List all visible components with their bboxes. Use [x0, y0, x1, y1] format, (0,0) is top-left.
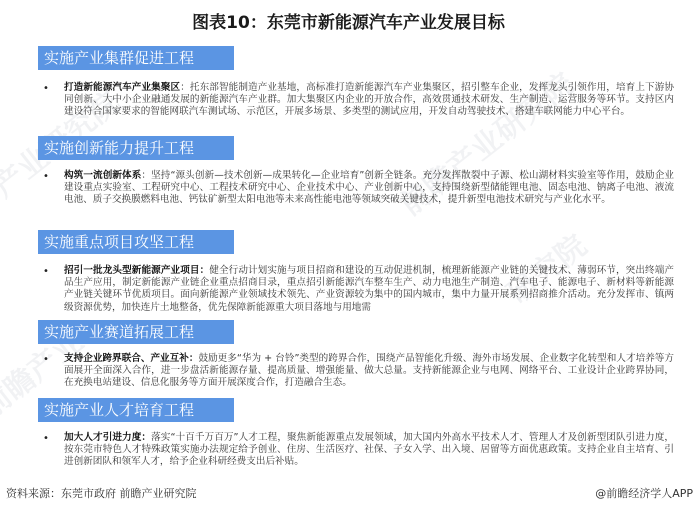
section-body-text: ：坚持“源头创新—技术创新—成果转化—企业培育”创新全链条。充分发挥散裂中子源、… [64, 170, 674, 205]
section-body-lead: 加大人才引进力度： [64, 432, 151, 443]
bullet-icon: • [43, 433, 49, 444]
section-header: 实施产业赛道拓展工程 [38, 320, 234, 344]
section-body: 支持企业跨界联合、产业互补：鼓励更多“华为 + 台铃”类型的跨界合作，围绕产品智… [64, 353, 674, 390]
bullet-icon: • [43, 83, 49, 94]
section-header: 实施产业人才培育工程 [38, 398, 234, 422]
section-body: 招引一批龙头型新能源产业项目：健全行动计划实施与项目招商和建设的互动促进机制，梳… [64, 265, 674, 314]
credit-note: @前瞻经济学人APP [595, 485, 693, 501]
section-body: 打造新能源汽车产业集聚区：托东部智能制造产业基地，高标准打造新能源汽车产业集聚区… [64, 82, 674, 119]
bullet-icon: • [43, 354, 49, 365]
figure-title: 图表10：东莞市新能源汽车产业发展目标 [0, 8, 697, 33]
bullet-icon: • [43, 171, 49, 182]
section-body-text: 落实“十百千万百万”人才工程，聚焦新能源重点发展领域，加大国内外高水平技术人才、… [64, 432, 674, 467]
section-body: 加大人才引进力度：落实“十百千万百万”人才工程，聚焦新能源重点发展领域，加大国内… [64, 432, 674, 469]
bullet-icon: • [43, 266, 49, 277]
section-body-lead: 招引一批龙头型新能源产业项目： [64, 265, 209, 276]
section-body: 构筑一流创新体系：坚持“源头创新—技术创新—成果转化—企业培育”创新全链条。充分… [64, 170, 674, 207]
section-header: 实施创新能力提升工程 [38, 136, 234, 160]
source-note: 资料来源：东莞市政府 前瞻产业研究院 [6, 485, 197, 501]
section-body-lead: 构筑一流创新体系 [64, 170, 141, 181]
section-body-lead: 支持企业跨界联合、产业互补： [64, 353, 198, 364]
section-header: 实施产业集群促进工程 [38, 46, 234, 70]
section-header: 实施重点项目攻坚工程 [38, 230, 234, 254]
section-body-lead: 打造新能源汽车产业集聚区 [64, 82, 180, 93]
